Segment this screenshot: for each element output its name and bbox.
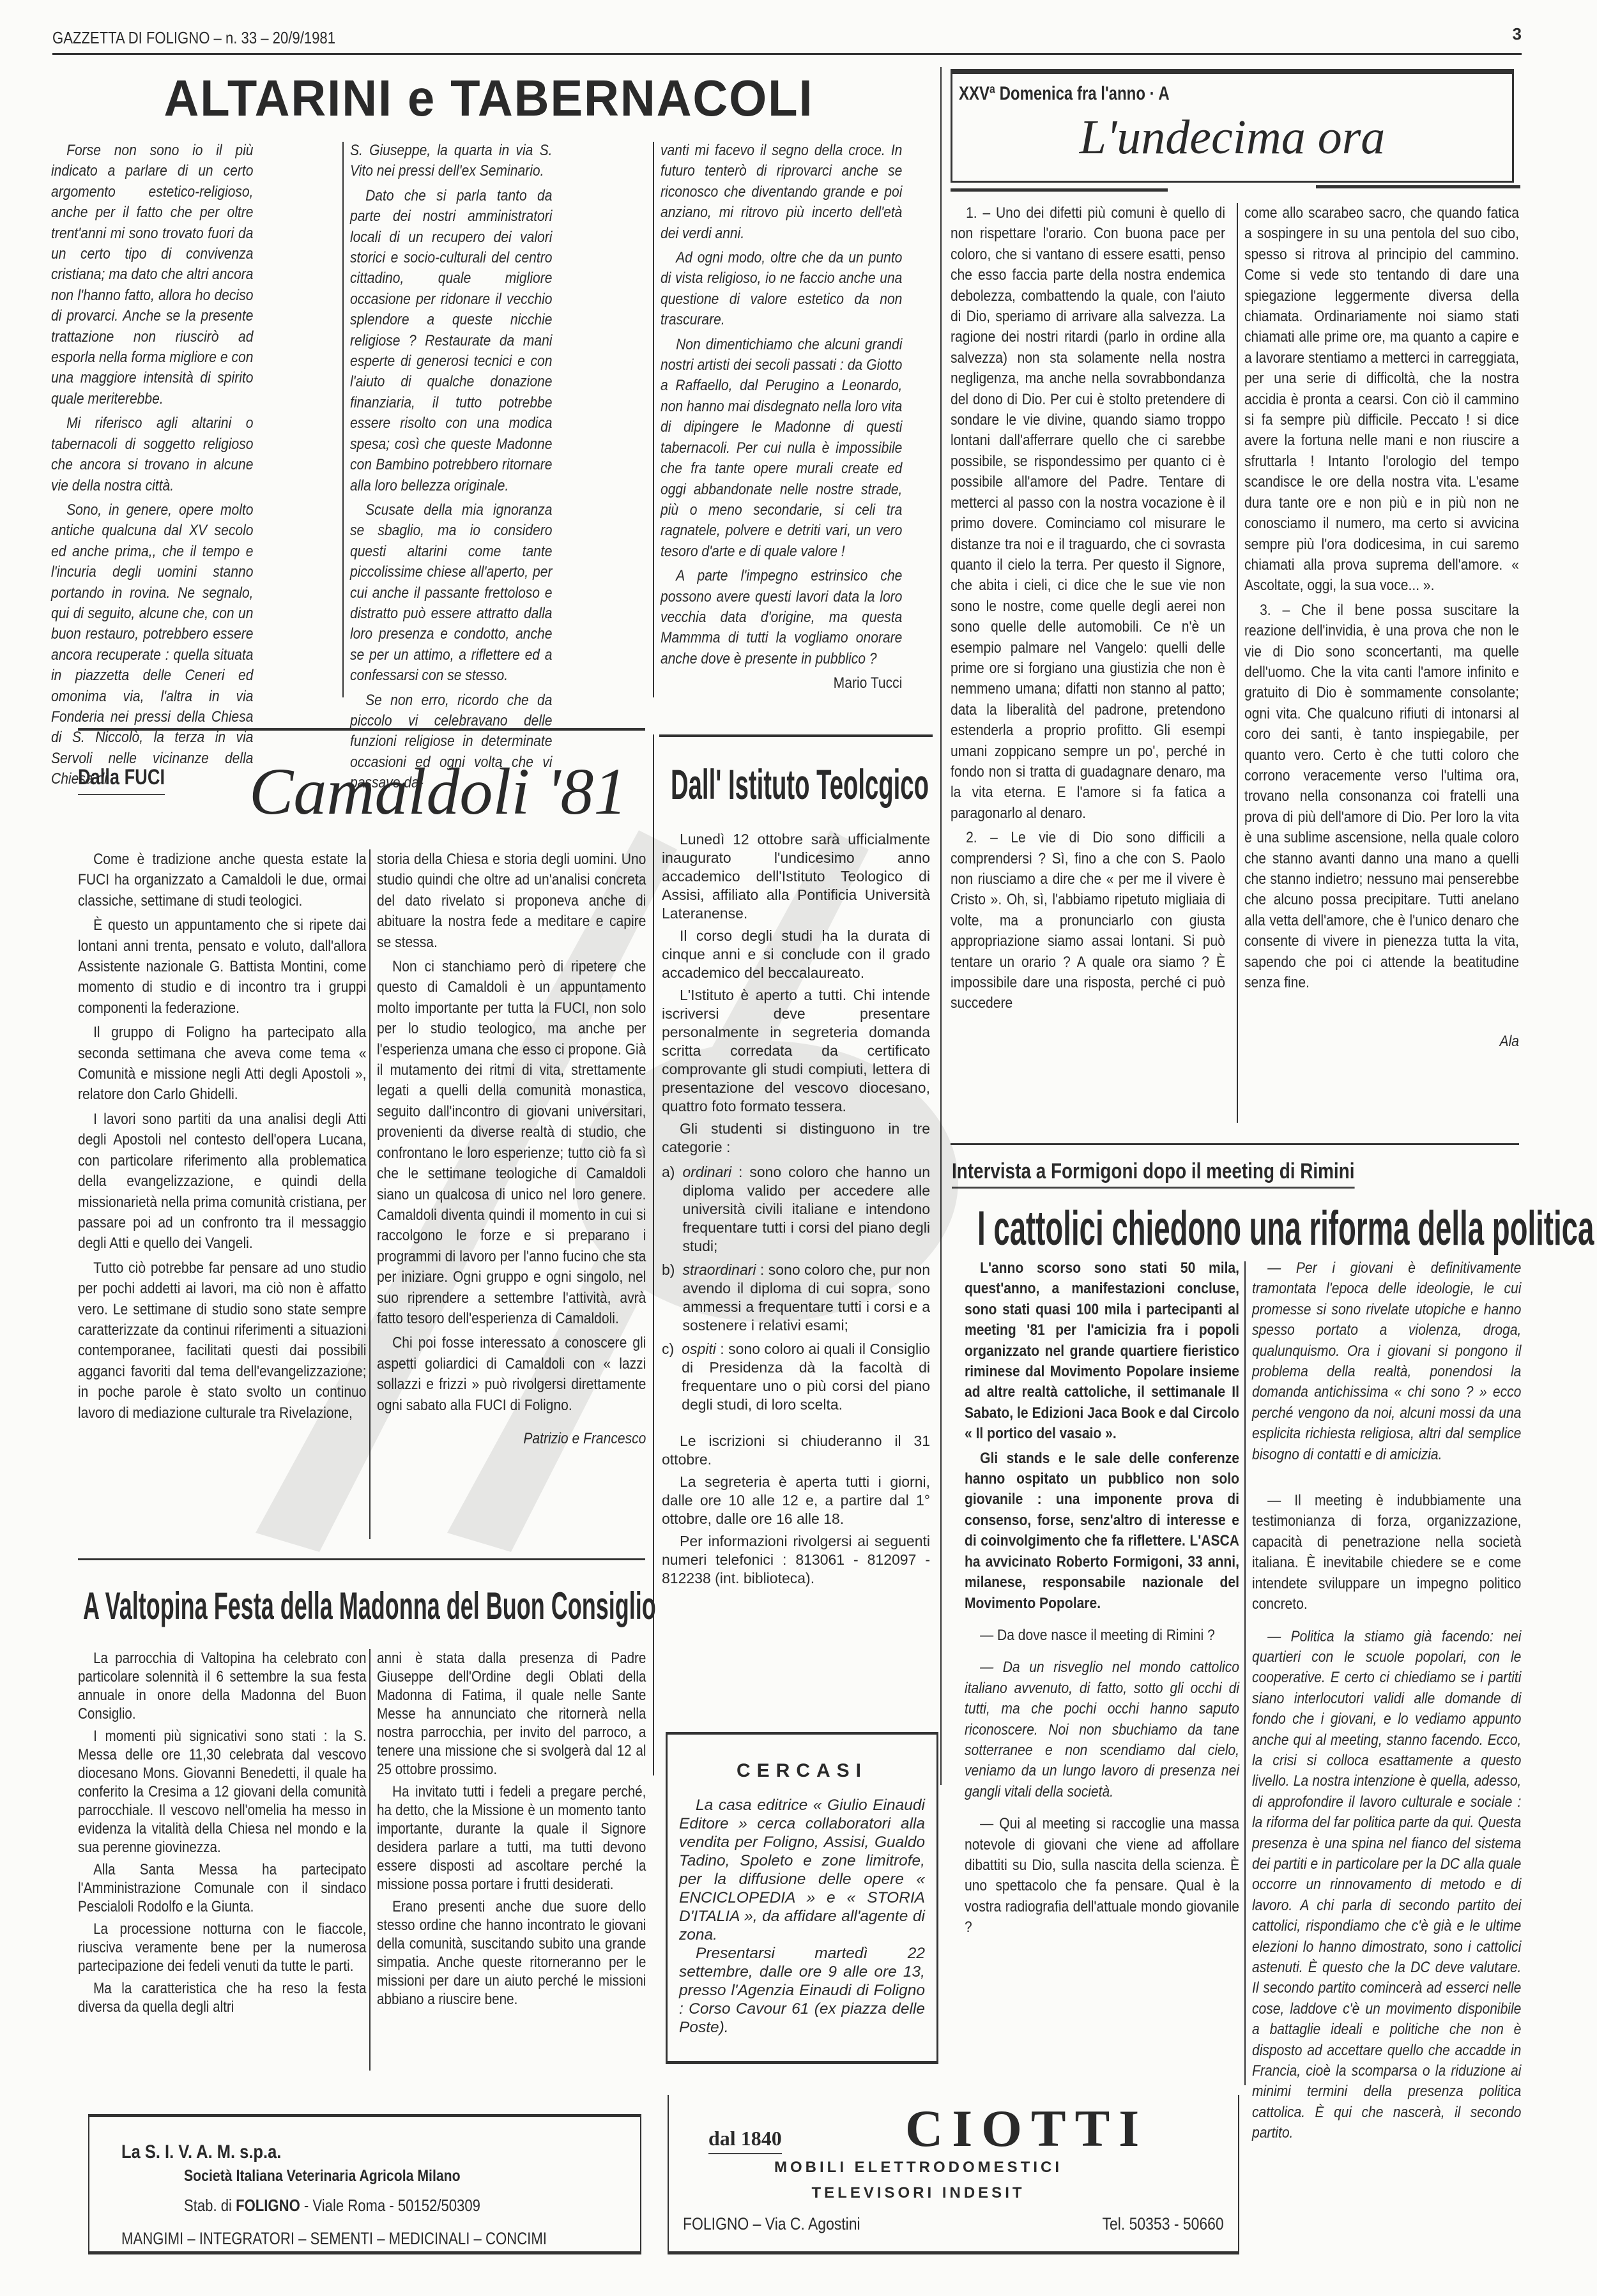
column-rule: [369, 849, 371, 1539]
paragraph: 3. – Che il bene possa suscitare la reaz…: [1244, 600, 1519, 994]
paragraph: A parte l'impegno estrinsico che possono…: [661, 566, 902, 669]
paragraph: Sono, in genere, opere molto antiche qua…: [51, 500, 253, 790]
paragraph: Non ci stanchiamo però di ripetere che q…: [377, 957, 646, 1329]
category-straordinari: b) straordinari : sono coloro che, pur n…: [662, 1261, 930, 1335]
ad-telephone: Tel. 50353 - 50660: [1103, 2214, 1224, 2234]
undecima-header-box: XXVª Domenica fra l'anno · A L'undecima …: [951, 69, 1514, 183]
undecima-column-2: come allo scarabeo sacro, che quando fat…: [1244, 203, 1519, 1056]
question: — Da dove nasce il meeting di Rimini ?: [965, 1625, 1239, 1646]
undecima-column-1: 1. – Uno dei difetti più comuni è quello…: [951, 203, 1225, 1018]
paragraph: I momenti più signicativi sono stati : l…: [78, 1727, 367, 1857]
paragraph: anni è stata dalla presenza di Padre Giu…: [377, 1649, 646, 1779]
valtopina-title: A Valtopina Festa della Madonna del Buon…: [83, 1584, 656, 1628]
paragraph: Ha invitato tutti i fedeli a pregare per…: [377, 1783, 646, 1894]
column-rule: [342, 142, 344, 697]
paragraph: Ad ogni modo, oltre che da un punto di v…: [661, 248, 902, 331]
category-ospiti: c) ospiti : sono coloro ai quali il Cons…: [662, 1340, 930, 1414]
paragraph: La parrocchia di Valtopina ha celebrato …: [78, 1649, 367, 1723]
masthead: GAZZETTA DI FOLIGNO – n. 33 – 20/9/1981 …: [52, 23, 1522, 55]
paragraph: Il corso degli studi ha la durata di cin…: [662, 927, 930, 982]
paragraph: Mi riferisco agli altarini o tabernacoli…: [51, 413, 253, 496]
ad-address: Stab. di FOLIGNO - Viale Roma - 50152/50…: [184, 2196, 480, 2216]
column-rule: [1244, 1261, 1246, 2085]
category-label: a): [662, 1163, 675, 1256]
category-label: c): [662, 1340, 674, 1414]
column-rule: [369, 1649, 371, 2071]
category-name: straordinari: [682, 1261, 756, 1278]
teologico-title: Dall' Istituto Teolcgico: [671, 760, 926, 809]
category-text: sono coloro ai quali il Consiglio di Pre…: [682, 1341, 930, 1413]
altarini-column-2: S. Giuseppe, la quarta in via S. Vito ne…: [350, 141, 552, 798]
section-rule: [659, 734, 933, 737]
ad-products: MANGIMI – INTEGRATORI – SEMENTI – MEDICI…: [121, 2229, 547, 2249]
ad-company-name: La S. I. V. A. M. s.p.a.: [121, 2141, 281, 2163]
paragraph: Scusate della mia ignoranza se sbaglio, …: [350, 500, 552, 687]
column-rule: [653, 142, 654, 697]
camaldoli-kicker: Dalla FUCI: [78, 765, 165, 795]
author-signature: Mario Tucci: [661, 673, 902, 694]
answer: — Da un risveglio nel mondo cattolico it…: [965, 1657, 1239, 1802]
camaldoli-column-2: storia della Chiesa e storia degli uomin…: [377, 849, 646, 1453]
section-rule: [78, 1558, 645, 1560]
paragraph: come allo scarabeo sacro, che quando fat…: [1244, 203, 1519, 597]
section-rule: [78, 728, 645, 731]
paragraph: Ma la caratteristica che ha reso la fest…: [78, 1979, 367, 2016]
paragraph: I lavori sono partiti da una analisi deg…: [78, 1109, 367, 1254]
ad-sivam: La S. I. V. A. M. s.p.a. Società Italian…: [88, 2114, 641, 2254]
paragraph: La casa editrice « Giulio Einaudi Editor…: [679, 1796, 925, 1944]
paragraph: Tutto ciò potrebbe far pensare ad uno st…: [78, 1258, 367, 1424]
undecima-kicker: XXVª Domenica fra l'anno · A: [959, 83, 1170, 105]
paragraph: È questo un appuntamento che si ripete d…: [78, 915, 367, 1019]
category-name: ordinari: [682, 1164, 731, 1180]
ad-category-2: TELEVISORI INDESIT: [669, 2184, 1238, 2202]
paragraph: Le iscrizioni si chiuderanno il 31 ottob…: [662, 1432, 930, 1469]
altarini-column-1: Forse non sono io il più indicato a parl…: [51, 141, 253, 794]
category-name: ospiti: [682, 1341, 716, 1357]
cercasi-title: CERCASI: [668, 1760, 936, 1782]
ad-since: dal 1840: [708, 2127, 782, 2154]
paragraph: Forse non sono io il più indicato a parl…: [51, 141, 253, 409]
paragraph: La segreteria è aperta tutti i giorni, d…: [662, 1473, 930, 1528]
paragraph: Erano presenti anche due suore dello ste…: [377, 1897, 646, 2009]
teologico-body: Lunedì 12 ottobre sarà ufficialmente ina…: [662, 830, 930, 1592]
paragraph: L'anno scorso sono stati 50 mila, quest'…: [965, 1258, 1239, 1445]
paragraph: storia della Chiesa e storia degli uomin…: [377, 849, 646, 953]
rimini-column-1: L'anno scorso sono stati 50 mila, quest'…: [965, 1258, 1239, 1942]
paragraph: 2. – Le vie di Dio sono difficili a comp…: [951, 828, 1225, 1014]
rimini-title: I cattolici chiedono una riforma della p…: [977, 1201, 1594, 1256]
camaldoli-column-1: Come è tradizione anche questa estate la…: [78, 849, 367, 1427]
paragraph: vanti mi facevo il segno della croce. In…: [661, 141, 902, 244]
question: — Il meeting è indubbiamente una testimo…: [1252, 1491, 1521, 1615]
valtopina-column-2: anni è stata dalla presenza di Padre Giu…: [377, 1649, 646, 2012]
paragraph: Il gruppo di Foligno ha partecipato alla…: [78, 1023, 367, 1106]
headline-altarini: ALTARINI e TABERNACOLI: [140, 69, 838, 128]
section-rule: [951, 188, 1168, 192]
category-ordinari: a) ordinari : sono coloro che hanno un d…: [662, 1163, 930, 1256]
ad-company-fullname: Società Italiana Veterinaria Agricola Mi…: [184, 2167, 461, 2186]
ad-brand: CIOTTI: [905, 2099, 1148, 2159]
paragraph: S. Giuseppe, la quarta in via S. Vito ne…: [350, 141, 552, 182]
section-rule: [1316, 185, 1520, 188]
camaldoli-title: Camaldoli '81: [249, 754, 627, 830]
paragraph: Chi poi fosse interessato a conoscere gl…: [377, 1333, 646, 1416]
page-number: 3: [1513, 24, 1522, 44]
paragraph: Gli stands e le sale delle conferenze ha…: [965, 1448, 1239, 1614]
cercasi-box: CERCASI La casa editrice « Giulio Einaud…: [666, 1732, 938, 2064]
paragraph-lead: Presentarsi: [696, 1945, 775, 1962]
valtopina-column-1: La parrocchia di Valtopina ha celebrato …: [78, 1649, 367, 2020]
paragraph: Non dimentichiamo che alcuni grandi nost…: [661, 335, 902, 562]
paragraph: 1. – Uno dei difetti più comuni è quello…: [951, 203, 1225, 824]
ad-category-1: MOBILI ELETTRODOMESTICI: [669, 2159, 1238, 2177]
ad-ciotti: dal 1840 CIOTTI MOBILI ELETTRODOMESTICI …: [668, 2095, 1239, 2254]
rimini-column-2: — Per i giovani è definitivamente tramon…: [1252, 1258, 1521, 2148]
category-label: b): [662, 1261, 675, 1335]
cercasi-body: La casa editrice « Giulio Einaudi Editor…: [668, 1782, 936, 2037]
rimini-kicker: Intervista a Formigoni dopo il meeting d…: [952, 1159, 1354, 1189]
ad-address-prefix: Stab. di: [184, 2196, 236, 2215]
altarini-column-3: vanti mi facevo il segno della croce. In…: [661, 141, 902, 698]
paragraph: Alla Santa Messa ha partecipato l'Ammini…: [78, 1860, 367, 1916]
paragraph: Come è tradizione anche questa estate la…: [78, 849, 367, 911]
section-rule: [951, 1143, 1519, 1145]
paragraph: L'Istituto è aperto a tutti. Chi intende…: [662, 986, 930, 1116]
paragraph: Dato che si parla tanto da parte dei nos…: [350, 186, 552, 496]
paragraph: Per informazioni rivolgersi ai seguenti …: [662, 1532, 930, 1588]
paragraph: Lunedì 12 ottobre sarà ufficialmente ina…: [662, 830, 930, 923]
ad-address: FOLIGNO – Via C. Agostini: [683, 2214, 860, 2234]
ad-address-rest: - Viale Roma - 50152/50309: [300, 2196, 480, 2215]
author-signature: Patrizio e Francesco: [377, 1429, 646, 1449]
masthead-title: GAZZETTA DI FOLIGNO – n. 33 – 20/9/1981: [52, 28, 335, 48]
page-column-rule: [940, 67, 942, 1785]
paragraph: La processione notturna con le fiaccole,…: [78, 1920, 367, 1975]
column-rule: [1237, 203, 1238, 1123]
paragraph: Gli studenti si distinguono in tre categ…: [662, 1120, 930, 1157]
question: — Qui al meeting si raccoglie una massa …: [965, 1814, 1239, 1938]
ad-address-city: FOLIGNO: [236, 2196, 300, 2215]
author-signature: Ala: [1244, 1031, 1519, 1052]
answer: — Politica la stiamo già facendo: nei qu…: [1252, 1627, 1521, 2144]
undecima-title: L'undecima ora: [952, 110, 1512, 165]
answer: — Per i giovani è definitivamente tramon…: [1252, 1258, 1521, 1465]
